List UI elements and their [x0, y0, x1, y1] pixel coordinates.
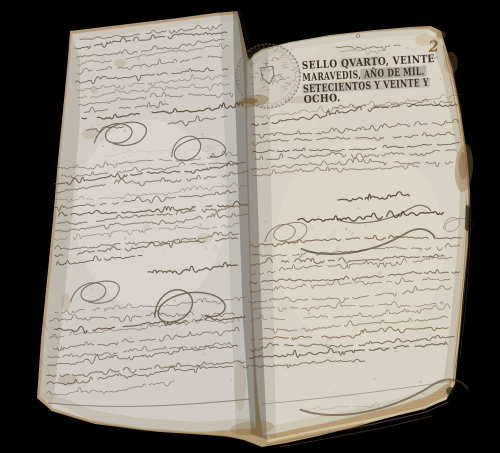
- stamp-heading-line4: OCHO.: [303, 92, 341, 106]
- book-canvas: SELLO QVARTO, VEINTE MARAVEDIS, AÑO DE M…: [0, 0, 500, 453]
- paper-stain: [61, 293, 71, 311]
- manuscript-photo: SELLO QVARTO, VEINTE MARAVEDIS, AÑO DE M…: [0, 0, 500, 453]
- paper-stain: [459, 152, 467, 180]
- paper-highlight: [275, 140, 445, 350]
- paper-stain: [444, 52, 458, 74]
- paper-stain: [114, 59, 126, 67]
- folio-number: 2: [427, 37, 440, 56]
